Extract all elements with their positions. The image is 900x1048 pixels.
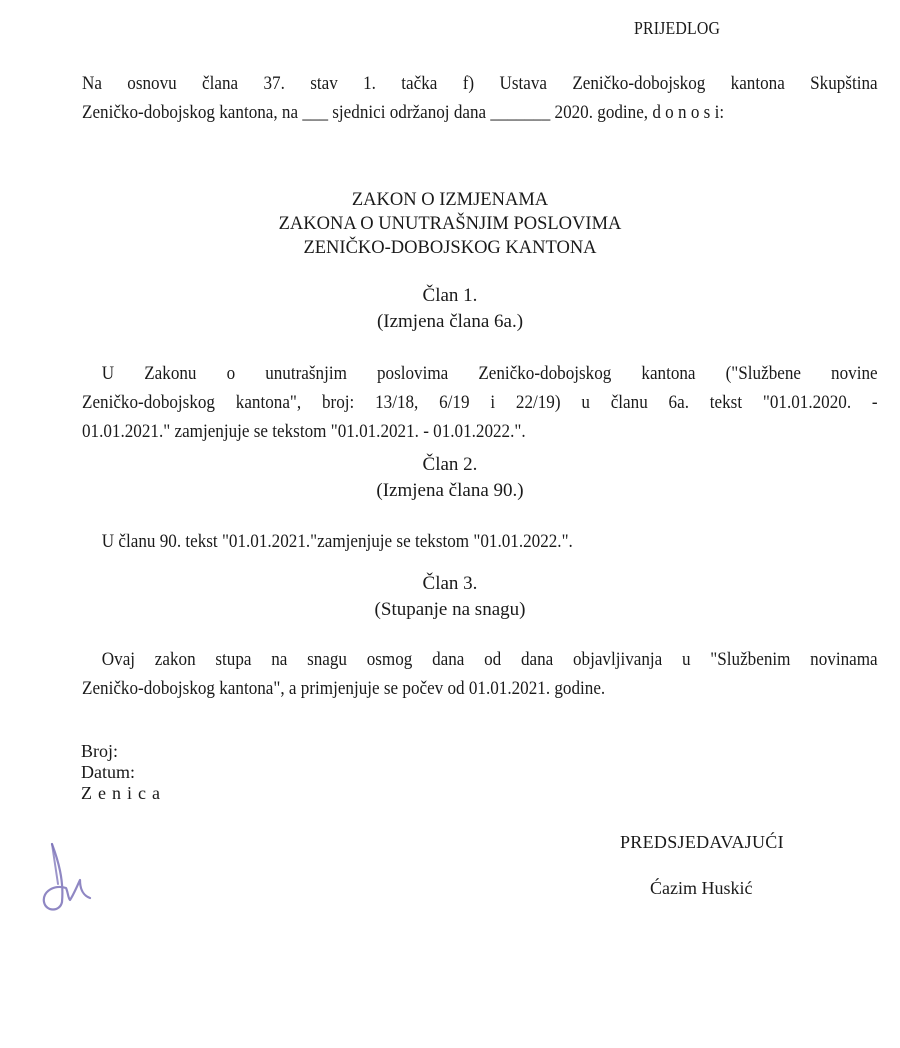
article-heading: Član 2. [0,452,900,478]
article-line: Zeničko-dobojskog kantona", broj: 13/18,… [82,388,878,417]
article-3-heading: Član 3. (Stupanje na snagu) [0,571,900,623]
article-subheading: (Izmjena člana 6a.) [0,309,900,335]
article-subheading: (Stupanje na snagu) [0,597,900,623]
law-title: ZAKON O IZMJENAMA ZAKONA O UNUTRAŠNJIM P… [0,188,900,260]
article-line: Ovaj zakon stupa na snagu osmog dana od … [82,645,878,674]
law-title-line-3: ZENIČKO-DOBOJSKOG KANTONA [0,236,900,260]
article-1-heading: Član 1. (Izmjena člana 6a.) [0,283,900,335]
article-line: 01.01.2021." zamjenjuje se tekstom "01.0… [82,417,878,446]
article-line: Zeničko-dobojskog kantona", a primjenjuj… [82,674,878,703]
signature-icon [38,840,98,915]
preamble-line-1: Na osnovu člana 37. stav 1. tačka f) Ust… [82,69,878,98]
article-2-heading: Član 2. (Izmjena člana 90.) [0,452,900,504]
datum-label: Datum: [81,762,166,783]
signatory-title: PREDSJEDAVAJUĆI [620,832,784,853]
article-heading: Član 3. [0,571,900,597]
broj-label: Broj: [81,741,166,762]
article-line: U članu 90. tekst "01.01.2021."zamjenjuj… [82,527,878,556]
article-2-body: U članu 90. tekst "01.01.2021."zamjenjuj… [82,527,878,556]
preamble-line-2: Zeničko-dobojskog kantona, na ___ sjedni… [82,98,878,127]
article-subheading: (Izmjena člana 90.) [0,478,900,504]
article-line: U Zakonu o unutrašnjim poslovima Zeničko… [82,359,878,388]
signatory-name: Ćazim Huskić [650,878,752,899]
article-heading: Član 1. [0,283,900,309]
document-meta: Broj: Datum: Zenica [81,741,166,804]
law-title-line-1: ZAKON O IZMJENAMA [0,188,900,212]
document-stamp: PRIJEDLOG [634,18,720,39]
article-1-body: U Zakonu o unutrašnjim poslovima Zeničko… [82,359,878,446]
article-3-body: Ovaj zakon stupa na snagu osmog dana od … [82,645,878,703]
preamble: Na osnovu člana 37. stav 1. tačka f) Ust… [82,69,878,127]
law-title-line-2: ZAKONA O UNUTRAŠNJIM POSLOVIMA [0,212,900,236]
place-label: Zenica [81,783,166,804]
